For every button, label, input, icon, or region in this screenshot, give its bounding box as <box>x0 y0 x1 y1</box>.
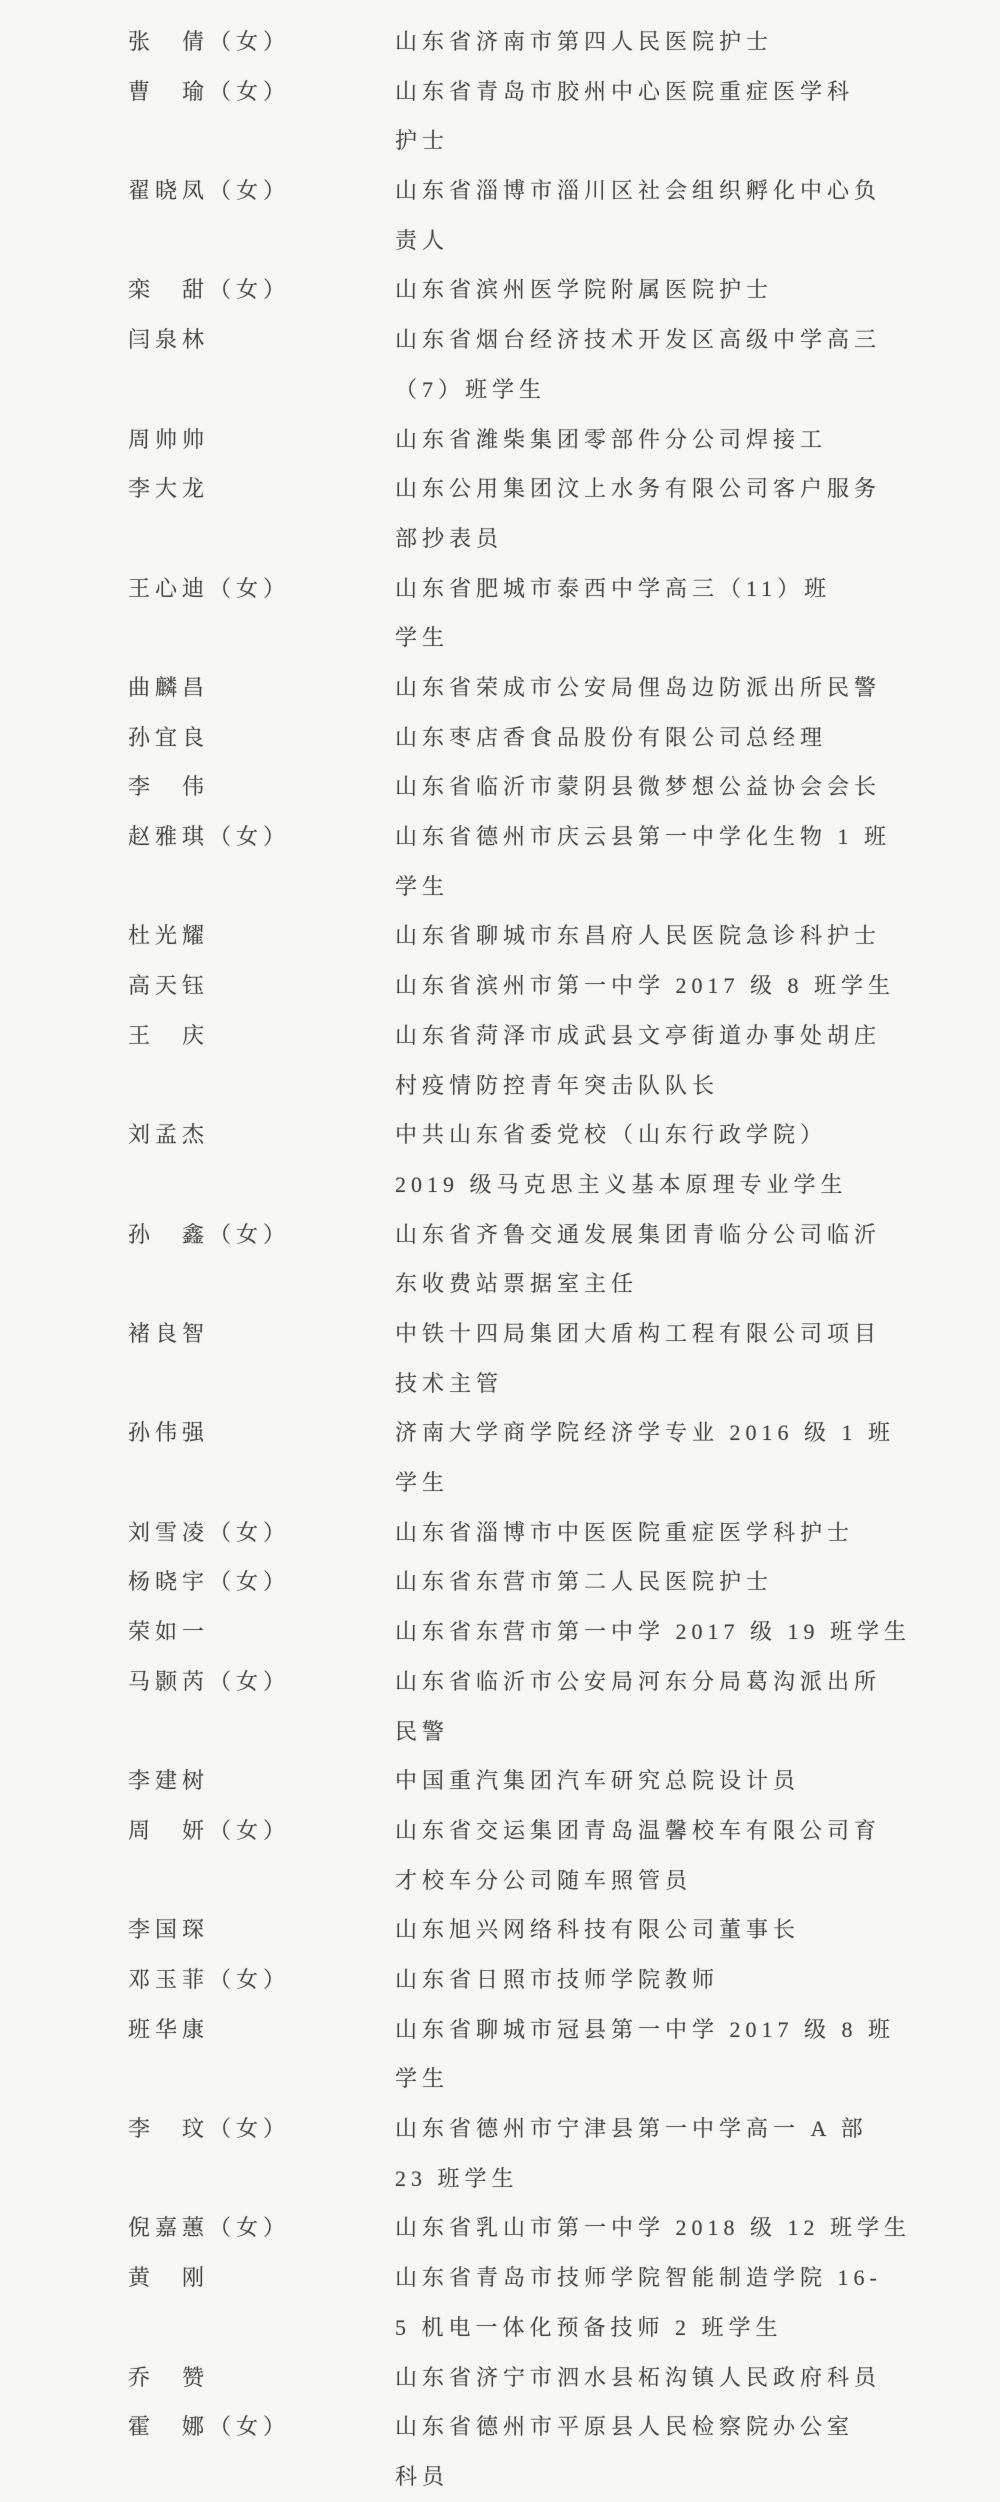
affiliation-line: 山东省德州市平原县人民检察院办公室 <box>395 2402 935 2452</box>
affiliation-line: 23 班学生 <box>395 2154 935 2204</box>
list-item: 乔 赞 山东省济宁市泗水县柘沟镇人民政府科员 <box>0 2353 1000 2403</box>
person-affiliation: 山东省德州市平原县人民检察院办公室科员 <box>395 2402 935 2501</box>
person-name: 杜光耀 <box>128 911 395 961</box>
affiliation-line: 山东省肥城市泰西中学高三（11）班 <box>395 564 935 614</box>
list-item: 孙 鑫（女） 山东省齐鲁交通发展集团青临分公司临沂东收费站票据室主任 <box>0 1210 1000 1309</box>
person-name: 赵雅琪（女） <box>128 812 395 862</box>
affiliation-line: 山东省济南市第四人民医院护士 <box>395 17 935 67</box>
person-name: 黄 刚 <box>128 2253 395 2303</box>
person-name: 曹 瑜（女） <box>128 67 395 117</box>
affiliation-line: 山东省乳山市第一中学 2018 级 12 班学生 <box>395 2203 935 2253</box>
person-name: 刘孟杰 <box>128 1110 395 1160</box>
person-name: 邓玉菲（女） <box>128 1955 395 2005</box>
list-item: 杜光耀 山东省聊城市东昌府人民医院急诊科护士 <box>0 911 1000 961</box>
affiliation-line: 山东省滨州市第一中学 2017 级 8 班学生 <box>395 961 935 1011</box>
person-name: 李 伟 <box>128 762 395 812</box>
list-item: 邓玉菲（女） 山东省日照市技师学院教师 <box>0 1955 1000 2005</box>
affiliation-line: 山东公用集团汶上水务有限公司客户服务 <box>395 464 935 514</box>
person-name: 孙 鑫（女） <box>128 1210 395 1260</box>
person-affiliation: 山东旭兴网络科技有限公司董事长 <box>395 1905 935 1955</box>
person-name: 周帅帅 <box>128 415 395 465</box>
affiliation-line: 山东省潍柴集团零部件分公司焊接工 <box>395 415 935 465</box>
person-affiliation: 山东省日照市技师学院教师 <box>395 1955 935 2005</box>
person-name: 杨晓宇（女） <box>128 1557 395 1607</box>
list-item: 黄 刚 山东省青岛市技师学院智能制造学院 16-5 机电一体化预备技师 2 班学… <box>0 2253 1000 2352</box>
person-affiliation: 山东省滨州市第一中学 2017 级 8 班学生 <box>395 961 935 1011</box>
person-name: 李国琛 <box>128 1905 395 1955</box>
affiliation-line: 中共山东省委党校（山东行政学院） <box>395 1110 935 1160</box>
list-item: 杨晓宇（女） 山东省东营市第二人民医院护士 <box>0 1557 1000 1607</box>
affiliation-line: 山东省济宁市泗水县柘沟镇人民政府科员 <box>395 2353 935 2403</box>
list-item: 闫泉林 山东省烟台经济技术开发区高级中学高三（7）班学生 <box>0 315 1000 414</box>
person-affiliation: 山东省乳山市第一中学 2018 级 12 班学生 <box>395 2203 935 2253</box>
affiliation-line: 山东省青岛市胶州中心医院重症医学科 <box>395 67 935 117</box>
affiliation-line: 山东省德州市宁津县第一中学高一 A 部 <box>395 2104 935 2154</box>
person-affiliation: 山东枣店香食品股份有限公司总经理 <box>395 713 935 763</box>
affiliation-line: 中铁十四局集团大盾构工程有限公司项目 <box>395 1309 935 1359</box>
affiliation-line: 村疫情防控青年突击队队长 <box>395 1061 935 1111</box>
list-item: 李 玟（女） 山东省德州市宁津县第一中学高一 A 部23 班学生 <box>0 2104 1000 2203</box>
affiliation-line: 山东省德州市庆云县第一中学化生物 1 班 <box>395 812 935 862</box>
person-affiliation: 中铁十四局集团大盾构工程有限公司项目技术主管 <box>395 1309 935 1408</box>
affiliation-line: 山东枣店香食品股份有限公司总经理 <box>395 713 935 763</box>
person-affiliation: 山东省烟台经济技术开发区高级中学高三（7）班学生 <box>395 315 935 414</box>
list-item: 班华康 山东省聊城市冠县第一中学 2017 级 8 班学生 <box>0 2005 1000 2104</box>
person-affiliation: 中共山东省委党校（山东行政学院）2019 级马克思主义基本原理专业学生 <box>395 1110 935 1209</box>
affiliation-line: 学生 <box>395 613 935 663</box>
affiliation-line: 山东省日照市技师学院教师 <box>395 1955 935 2005</box>
list-item: 马颢芮（女） 山东省临沂市公安局河东分局葛沟派出所民警 <box>0 1657 1000 1756</box>
affiliation-line: 责人 <box>395 216 935 266</box>
affiliation-line: 山东省齐鲁交通发展集团青临分公司临沂 <box>395 1210 935 1260</box>
affiliation-line: 山东省临沂市蒙阴县微梦想公益协会会长 <box>395 762 935 812</box>
list-item: 栾 甜（女） 山东省滨州医学院附属医院护士 <box>0 265 1000 315</box>
person-name: 荣如一 <box>128 1607 395 1657</box>
list-item: 孙伟强 济南大学商学院经济学专业 2016 级 1 班学生 <box>0 1408 1000 1507</box>
person-affiliation: 山东省东营市第一中学 2017 级 19 班学生 <box>395 1607 935 1657</box>
list-item: 褚良智 中铁十四局集团大盾构工程有限公司项目技术主管 <box>0 1309 1000 1408</box>
affiliation-line: 山东省交运集团青岛温馨校车有限公司育 <box>395 1806 935 1856</box>
list-item: 霍 娜（女） 山东省德州市平原县人民检察院办公室科员 <box>0 2402 1000 2501</box>
affiliation-line: 山东省滨州医学院附属医院护士 <box>395 265 935 315</box>
person-affiliation: 山东省聊城市冠县第一中学 2017 级 8 班学生 <box>395 2005 935 2104</box>
person-affiliation: 山东省济南市第四人民医院护士 <box>395 17 935 67</box>
affiliation-line: 山东省东营市第二人民医院护士 <box>395 1557 935 1607</box>
person-name: 褚良智 <box>128 1309 395 1359</box>
person-affiliation: 山东公用集团汶上水务有限公司客户服务部抄表员 <box>395 464 935 563</box>
person-affiliation: 山东省德州市庆云县第一中学化生物 1 班学生 <box>395 812 935 911</box>
list-item: 王心迪（女） 山东省肥城市泰西中学高三（11）班学生 <box>0 564 1000 663</box>
person-affiliation: 山东省青岛市胶州中心医院重症医学科护士 <box>395 67 935 166</box>
affiliation-line: 科员 <box>395 2452 935 2502</box>
affiliation-line: 护士 <box>395 116 935 166</box>
person-name: 王 庆 <box>128 1011 395 1061</box>
person-affiliation: 山东省肥城市泰西中学高三（11）班学生 <box>395 564 935 663</box>
affiliation-line: 中国重汽集团汽车研究总院设计员 <box>395 1756 935 1806</box>
affiliation-line: 学生 <box>395 1458 935 1508</box>
affiliation-line: 民警 <box>395 1707 935 1757</box>
person-affiliation: 山东省济宁市泗水县柘沟镇人民政府科员 <box>395 2353 935 2403</box>
person-name: 刘雪凌（女） <box>128 1508 395 1558</box>
person-name: 马颢芮（女） <box>128 1657 395 1707</box>
affiliation-line: 山东省聊城市冠县第一中学 2017 级 8 班 <box>395 2005 935 2055</box>
person-affiliation: 山东省临沂市公安局河东分局葛沟派出所民警 <box>395 1657 935 1756</box>
person-name: 张 倩（女） <box>128 17 395 67</box>
list-item: 刘雪凌（女） 山东省淄博市中医医院重症医学科护士 <box>0 1508 1000 1558</box>
affiliation-line: 山东省淄博市淄川区社会组织孵化中心负 <box>395 166 935 216</box>
list-item: 曲麟昌 山东省荣成市公安局俚岛边防派出所民警 <box>0 663 1000 713</box>
list-item: 高天钰 山东省滨州市第一中学 2017 级 8 班学生 <box>0 961 1000 1011</box>
person-affiliation: 山东省聊城市东昌府人民医院急诊科护士 <box>395 911 935 961</box>
list-item: 张 倩（女） 山东省济南市第四人民医院护士 <box>0 17 1000 67</box>
person-affiliation: 山东省淄博市淄川区社会组织孵化中心负责人 <box>395 166 935 265</box>
list-item: 李大龙 山东公用集团汶上水务有限公司客户服务部抄表员 <box>0 464 1000 563</box>
list-item: 周帅帅 山东省潍柴集团零部件分公司焊接工 <box>0 415 1000 465</box>
person-affiliation: 山东省青岛市技师学院智能制造学院 16-5 机电一体化预备技师 2 班学生 <box>395 2253 935 2352</box>
affiliation-line: 山东省临沂市公安局河东分局葛沟派出所 <box>395 1657 935 1707</box>
person-affiliation: 山东省交运集团青岛温馨校车有限公司育才校车分公司随车照管员 <box>395 1806 935 1905</box>
affiliation-line: 山东省淄博市中医医院重症医学科护士 <box>395 1508 935 1558</box>
affiliation-line: 山东旭兴网络科技有限公司董事长 <box>395 1905 935 1955</box>
person-name: 李建树 <box>128 1756 395 1806</box>
list-item: 孙宜良 山东枣店香食品股份有限公司总经理 <box>0 713 1000 763</box>
person-affiliation: 山东省德州市宁津县第一中学高一 A 部23 班学生 <box>395 2104 935 2203</box>
person-name: 霍 娜（女） <box>128 2402 395 2452</box>
person-name: 周 妍（女） <box>128 1806 395 1856</box>
person-name: 孙伟强 <box>128 1408 395 1458</box>
person-affiliation: 中国重汽集团汽车研究总院设计员 <box>395 1756 935 1806</box>
list-item: 李建树 中国重汽集团汽车研究总院设计员 <box>0 1756 1000 1806</box>
affiliation-line: 山东省菏泽市成武县文亭街道办事处胡庄 <box>395 1011 935 1061</box>
affiliation-line: 才校车分公司随车照管员 <box>395 1856 935 1906</box>
list-item: 翟晓凤（女） 山东省淄博市淄川区社会组织孵化中心负责人 <box>0 166 1000 265</box>
person-affiliation: 山东省滨州医学院附属医院护士 <box>395 265 935 315</box>
person-affiliation: 山东省荣成市公安局俚岛边防派出所民警 <box>395 663 935 713</box>
person-affiliation: 山东省临沂市蒙阴县微梦想公益协会会长 <box>395 762 935 812</box>
list-item: 曹 瑜（女） 山东省青岛市胶州中心医院重症医学科护士 <box>0 67 1000 166</box>
person-name: 栾 甜（女） <box>128 265 395 315</box>
affiliation-line: 东收费站票据室主任 <box>395 1259 935 1309</box>
affiliation-line: 2019 级马克思主义基本原理专业学生 <box>395 1160 935 1210</box>
person-name: 李大龙 <box>128 464 395 514</box>
person-name: 闫泉林 <box>128 315 395 365</box>
person-affiliation: 山东省潍柴集团零部件分公司焊接工 <box>395 415 935 465</box>
list-item: 刘孟杰 中共山东省委党校（山东行政学院）2019 级马克思主义基本原理专业学生 <box>0 1110 1000 1209</box>
person-name: 孙宜良 <box>128 713 395 763</box>
list-item: 荣如一 山东省东营市第一中学 2017 级 19 班学生 <box>0 1607 1000 1657</box>
person-affiliation: 山东省齐鲁交通发展集团青临分公司临沂东收费站票据室主任 <box>395 1210 935 1309</box>
person-affiliation: 山东省东营市第二人民医院护士 <box>395 1557 935 1607</box>
person-name: 李 玟（女） <box>128 2104 395 2154</box>
affiliation-line: 部抄表员 <box>395 514 935 564</box>
list-item: 倪嘉蕙（女） 山东省乳山市第一中学 2018 级 12 班学生 <box>0 2203 1000 2253</box>
affiliation-line: 技术主管 <box>395 1359 935 1409</box>
affiliation-line: 学生 <box>395 2054 935 2104</box>
affiliation-line: 济南大学商学院经济学专业 2016 级 1 班 <box>395 1408 935 1458</box>
affiliation-line: 学生 <box>395 862 935 912</box>
affiliation-line: （7）班学生 <box>395 365 935 415</box>
affiliation-line: 山东省烟台经济技术开发区高级中学高三 <box>395 315 935 365</box>
list-item: 赵雅琪（女） 山东省德州市庆云县第一中学化生物 1 班学生 <box>0 812 1000 911</box>
person-name: 翟晓凤（女） <box>128 166 395 216</box>
affiliation-line: 山东省聊城市东昌府人民医院急诊科护士 <box>395 911 935 961</box>
person-affiliation: 山东省淄博市中医医院重症医学科护士 <box>395 1508 935 1558</box>
document-page: 张 倩（女） 山东省济南市第四人民医院护士 曹 瑜（女） 山东省青岛市胶州中心医… <box>0 0 1000 2502</box>
list-item: 王 庆 山东省菏泽市成武县文亭街道办事处胡庄村疫情防控青年突击队队长 <box>0 1011 1000 1110</box>
person-name: 高天钰 <box>128 961 395 1011</box>
person-affiliation: 山东省菏泽市成武县文亭街道办事处胡庄村疫情防控青年突击队队长 <box>395 1011 935 1110</box>
affiliation-line: 5 机电一体化预备技师 2 班学生 <box>395 2303 935 2353</box>
person-affiliation: 济南大学商学院经济学专业 2016 级 1 班学生 <box>395 1408 935 1507</box>
person-name: 倪嘉蕙（女） <box>128 2203 395 2253</box>
affiliation-line: 山东省青岛市技师学院智能制造学院 16- <box>395 2253 935 2303</box>
affiliation-line: 山东省东营市第一中学 2017 级 19 班学生 <box>395 1607 935 1657</box>
affiliation-line: 山东省荣成市公安局俚岛边防派出所民警 <box>395 663 935 713</box>
person-name: 曲麟昌 <box>128 663 395 713</box>
person-name: 王心迪（女） <box>128 564 395 614</box>
list-item: 李国琛 山东旭兴网络科技有限公司董事长 <box>0 1905 1000 1955</box>
person-name: 班华康 <box>128 2005 395 2055</box>
list-item: 周 妍（女） 山东省交运集团青岛温馨校车有限公司育才校车分公司随车照管员 <box>0 1806 1000 1905</box>
person-name: 乔 赞 <box>128 2353 395 2403</box>
list-item: 李 伟 山东省临沂市蒙阴县微梦想公益协会会长 <box>0 762 1000 812</box>
